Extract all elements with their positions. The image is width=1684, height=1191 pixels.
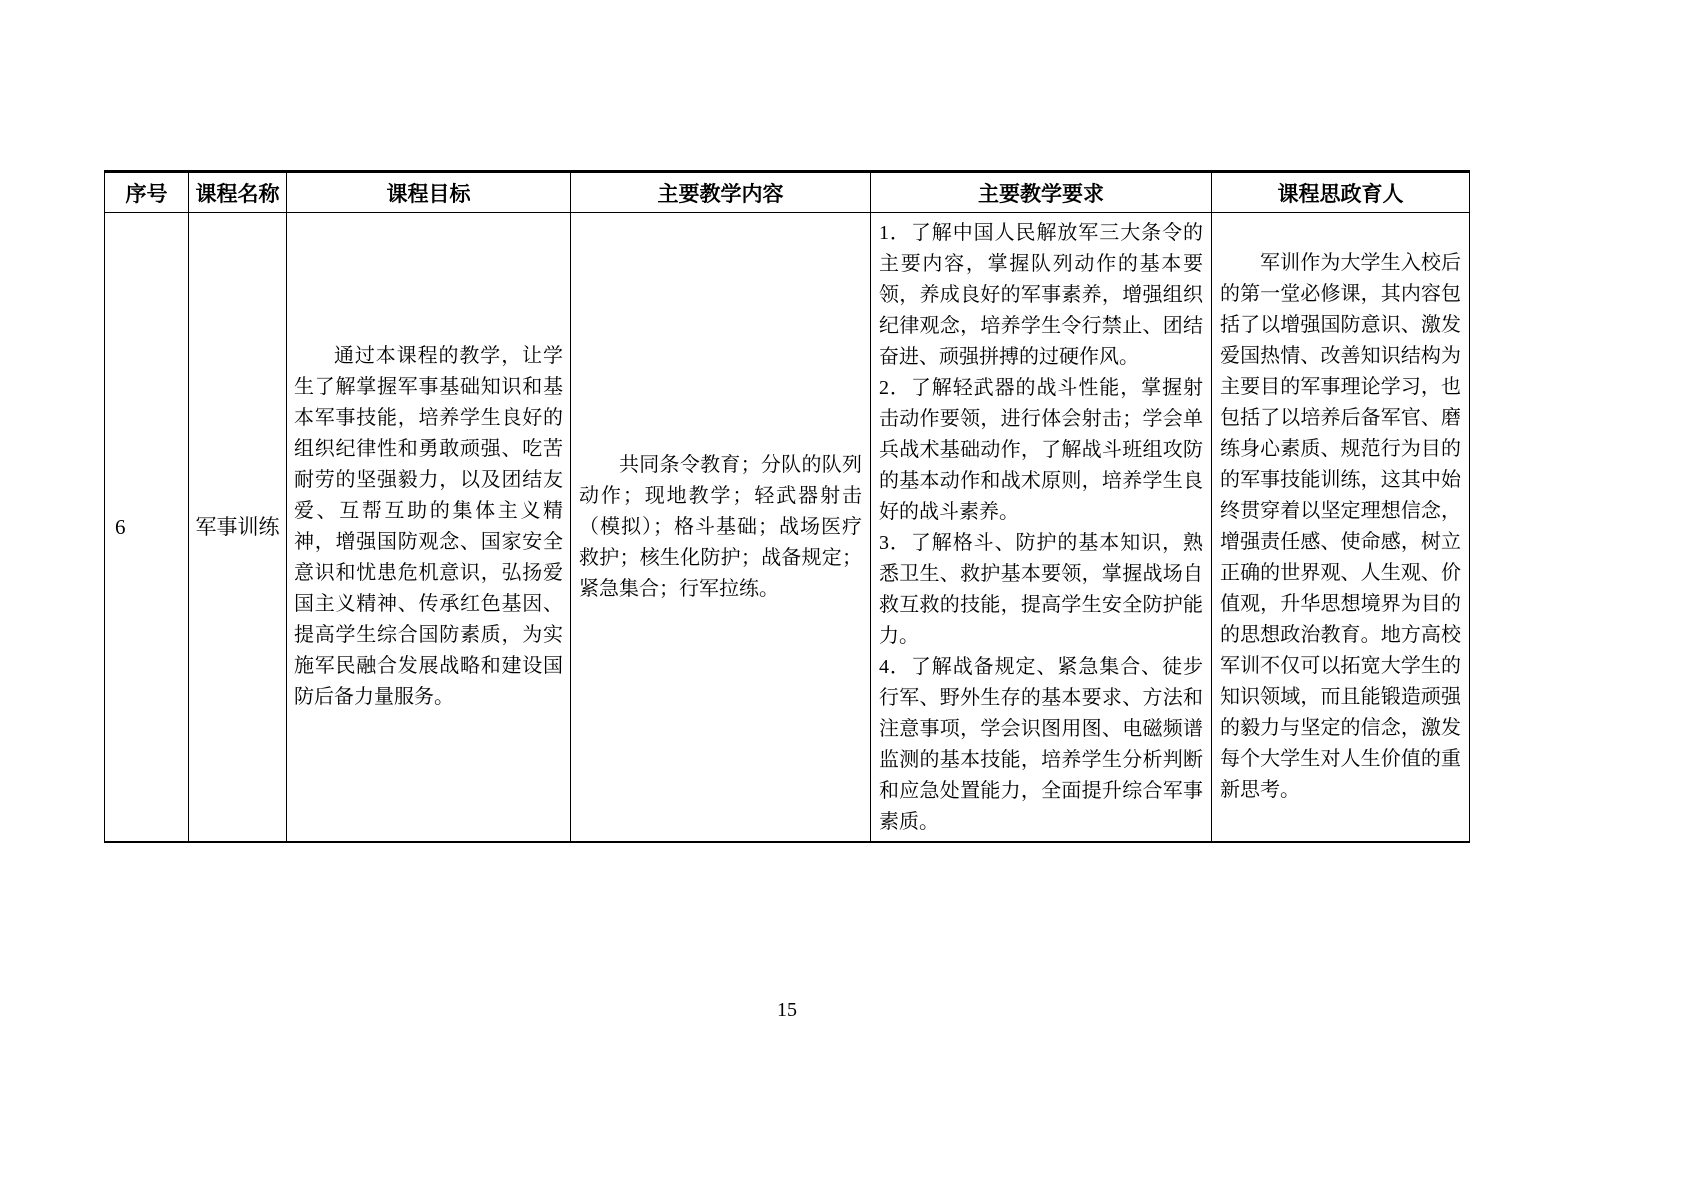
objectives-paragraph: 通过本课程的教学，让学生了解掌握军事基础知识和基本军事技能，培养学生良好的组织纪…: [294, 341, 563, 713]
course-name-value: 军事训练: [196, 512, 280, 543]
document-page: 序号 课程名称 课程目标 主要教学内容 主要教学要求 课程思政育人 6 军事训练…: [0, 0, 1684, 1191]
table-header-row: 序号 课程名称 课程目标 主要教学内容 主要教学要求 课程思政育人: [105, 173, 1469, 213]
teaching-content-paragraph: 共同条令教育；分队的队列动作；现地教学；轻武器射击（模拟）；格斗基础；战场医疗救…: [579, 450, 862, 605]
seq-value: 6: [115, 512, 188, 543]
requirement-item-3: 3．了解格斗、防护的基本知识，熟悉卫生、救护基本要领，掌握战场自救互救的技能，提…: [879, 528, 1203, 652]
header-teaching-content: 主要教学内容: [571, 173, 871, 213]
page-number: 15: [104, 999, 1470, 1022]
cell-teaching-content: 共同条令教育；分队的队列动作；现地教学；轻武器射击（模拟）；格斗基础；战场医疗救…: [571, 213, 871, 841]
course-table: 序号 课程名称 课程目标 主要教学内容 主要教学要求 课程思政育人 6 军事训练…: [104, 170, 1470, 843]
header-course-name: 课程名称: [189, 173, 287, 213]
cell-course-name: 军事训练: [189, 213, 287, 841]
cell-ideology-education: 军训作为大学生入校后的第一堂必修课，其内容包括了以增强国防意识、激发爱国热情、改…: [1212, 213, 1469, 841]
cell-objectives: 通过本课程的教学，让学生了解掌握军事基础知识和基本军事技能，培养学生良好的组织纪…: [287, 213, 571, 841]
requirement-item-4: 4．了解战备规定、紧急集合、徒步行军、野外生存的基本要求、方法和注意事项，学会识…: [879, 652, 1203, 838]
table-row: 6 军事训练 通过本课程的教学，让学生了解掌握军事基础知识和基本军事技能，培养学…: [105, 213, 1469, 841]
requirement-item-2: 2．了解轻武器的战斗性能，掌握射击动作要领，进行体会射击；学会单兵战术基础动作，…: [879, 373, 1203, 528]
requirement-item-1: 1．了解中国人民解放军三大条令的主要内容，掌握队列动作的基本要领，养成良好的军事…: [879, 218, 1203, 373]
header-ideology-education: 课程思政育人: [1212, 173, 1469, 213]
header-teaching-requirements: 主要教学要求: [871, 173, 1212, 213]
header-seq: 序号: [105, 173, 189, 213]
cell-teaching-requirements: 1．了解中国人民解放军三大条令的主要内容，掌握队列动作的基本要领，养成良好的军事…: [871, 213, 1212, 841]
ideology-paragraph: 军训作为大学生入校后的第一堂必修课，其内容包括了以增强国防意识、激发爱国热情、改…: [1220, 248, 1461, 806]
header-objectives: 课程目标: [287, 173, 571, 213]
cell-seq: 6: [105, 213, 189, 841]
